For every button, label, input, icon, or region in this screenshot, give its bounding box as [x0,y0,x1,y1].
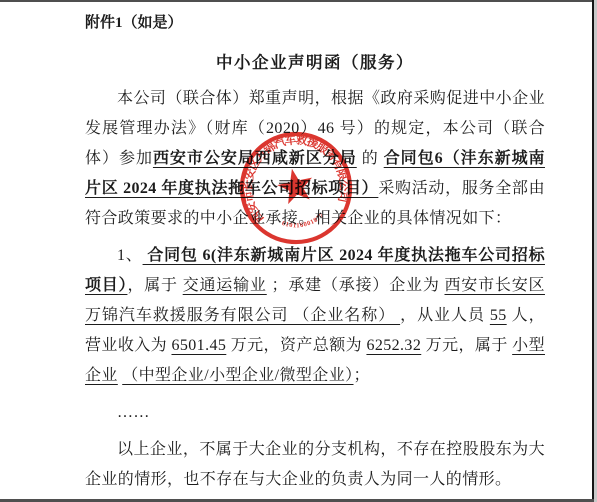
document-title: 中小企业声明函（服务） [85,49,545,73]
paragraph: 1、 合同包 6(沣东新城南片区 2024 年度执法拖车公司招标项目），属于 交… [85,241,545,391]
text-run: 55 [490,307,507,324]
text-run: 1、 [117,247,143,264]
paragraph: 以上企业，不属于大企业的分支机构，不存在控股股东为大企业的情形，也不存在与大企业… [85,435,545,495]
text-run: （中型企业/小型企业/微型企业） [122,367,353,384]
text-run: 交通运输业 [183,277,267,294]
text-run: 的 [357,150,384,167]
text-run: 西安市公安局西咸新区分局 [153,150,357,167]
text-run: 万元，资产总额为 [226,337,366,354]
document-page: 附件1（如是） 中小企业声明函（服务） 本公司（联合体）郑重声明，根据《政府采购… [0,0,597,502]
document-content: 附件1（如是） 中小企业声明函（服务） 本公司（联合体）郑重声明，根据《政府采购… [85,10,545,495]
text-run: 以上企业，不属于大企业的分支机构，不存在控股股东为大企业的情形，也不存在与大企业… [85,441,545,488]
paragraph: 本公司（联合体）郑重声明，根据《政府采购促进中小企业发展管理办法》（财库（202… [85,84,545,234]
attachment-label: 附件1（如是） [85,12,545,34]
text-run: 6252.32 [366,337,421,354]
text-run: ，从业人员 [400,307,490,324]
document-body: 本公司（联合体）郑重声明，根据《政府采购促进中小企业发展管理办法》（财库（202… [85,84,545,495]
text-run: 6501.45 [171,337,226,354]
text-run: …… [117,404,150,421]
text-run: 万元，属于 [421,337,512,354]
text-run: ；承建（承接）企业为 [267,277,445,294]
text-run: ； [354,367,370,384]
page-edge-top [0,0,594,2]
paragraph: …… [85,398,545,428]
text-run: ，属于 [127,277,182,294]
